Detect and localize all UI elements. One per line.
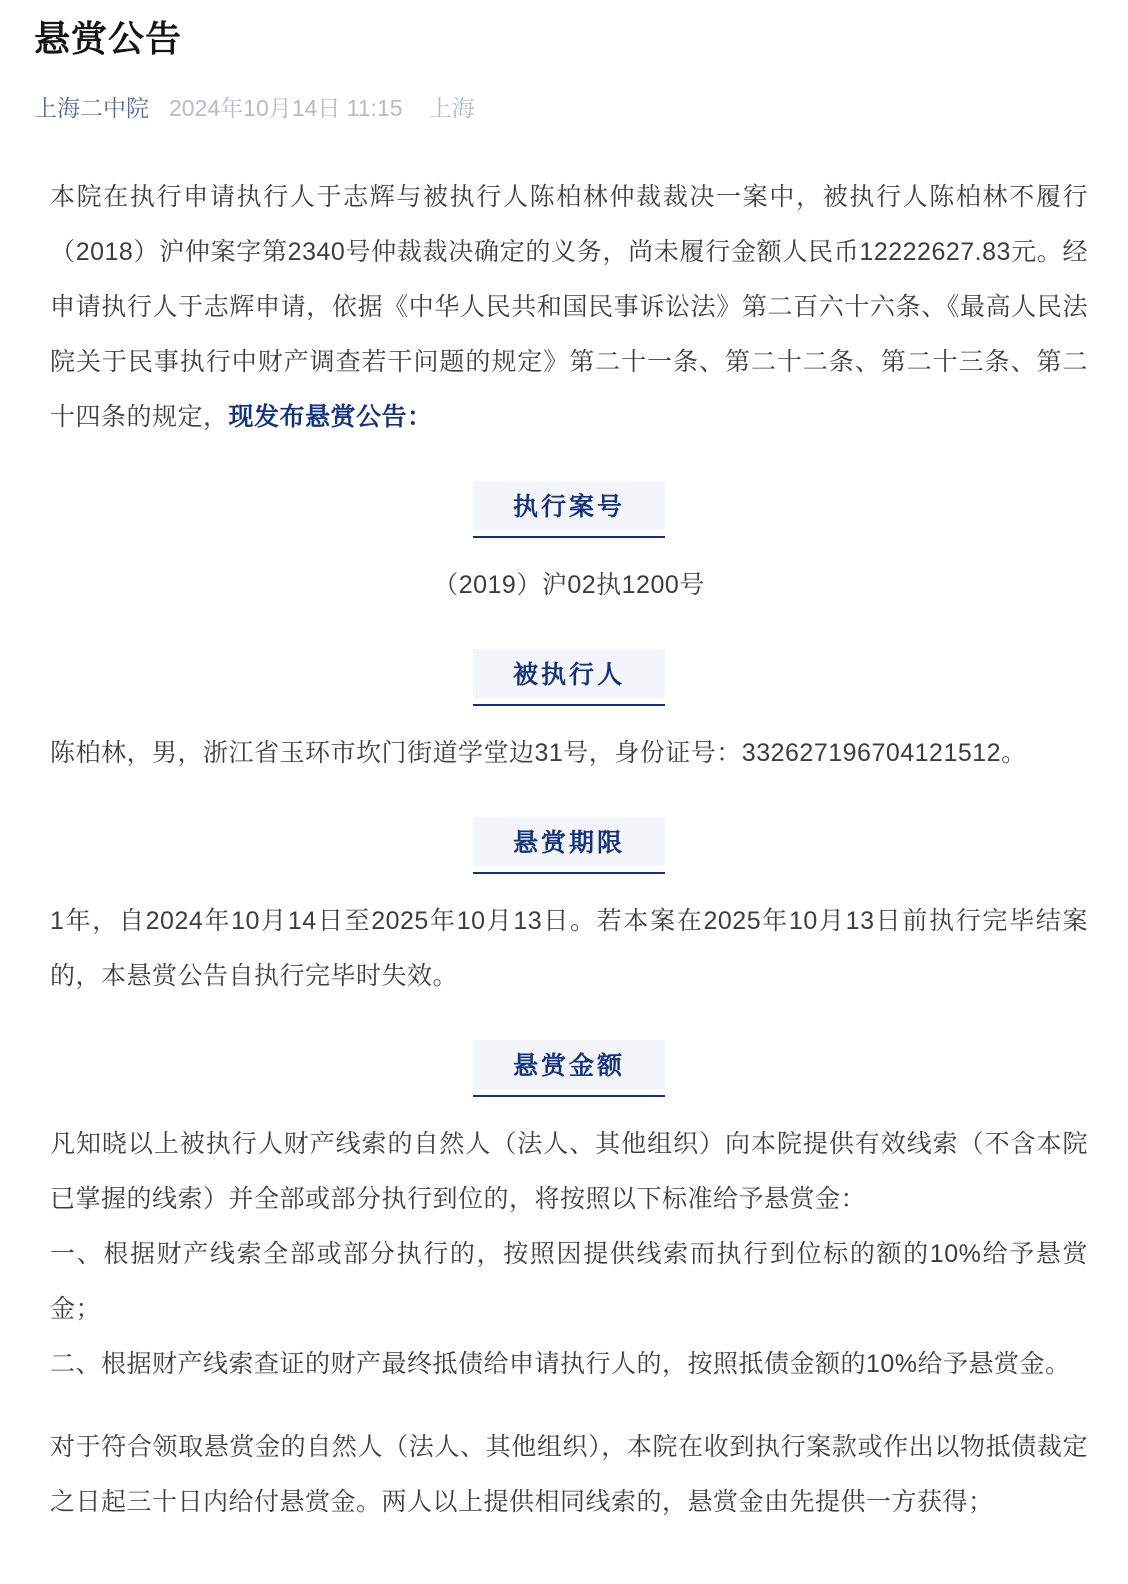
intro-paragraph: 本院在执行申请执行人于志辉与被执行人陈柏林仲裁裁决一案中，被执行人陈柏林不履行（… [50,170,1088,445]
section-body: 陈柏林，男，浙江省玉环市坎门街道学堂边31号，身份证号：332627196704… [50,726,1088,781]
section-heading-box: 悬赏金额 [473,1040,665,1089]
article-content: 本院在执行申请执行人于志辉与被执行人陈柏林仲裁裁决一案中，被执行人陈柏林不履行（… [0,170,1128,1530]
publish-datetime: 2024年10月14日 11:15 [169,95,403,121]
article-page: 悬赏公告 上海二中院2024年10月14日 11:15上海 本院在执行申请执行人… [0,0,1128,1584]
section-reward-period: 悬赏期限 1年，自2024年10月14日至2025年10月13日。若本案在202… [50,817,1088,1004]
section-heading: 悬赏期限 [473,817,665,874]
section-case-number: 执行案号 （2019）沪02执1200号 [50,481,1088,613]
byline: 上海二中院2024年10月14日 11:15上海 [34,93,1088,124]
reward-criteria-item-1: 一、根据财产线索全部或部分执行的，按照因提供线索而执行到位标的额的10%给予悬赏… [50,1227,1088,1337]
section-body: （2019）沪02执1200号 [50,558,1088,613]
section-heading-box: 悬赏期限 [473,817,665,866]
reward-payment-terms: 对于符合领取悬赏金的自然人（法人、其他组织），本院在收到执行案款或作出以物抵债裁… [50,1420,1088,1530]
intro-emphasis: 现发布悬赏公告： [229,403,433,431]
article-title: 悬赏公告 [34,16,1088,63]
section-body: 1年，自2024年10月14日至2025年10月13日。若本案在2025年10月… [50,894,1088,1004]
reward-criteria-intro: 凡知晓以上被执行人财产线索的自然人（法人、其他组织）向本院提供有效线索（不含本院… [50,1117,1088,1227]
debtor-info-text: 陈柏林，男，浙江省玉环市坎门街道学堂边31号，身份证号：332627196704… [50,726,1088,781]
article-header: 悬赏公告 上海二中院2024年10月14日 11:15上海 [0,0,1128,124]
section-body: 凡知晓以上被执行人财产线索的自然人（法人、其他组织）向本院提供有效线索（不含本院… [50,1117,1088,1530]
section-heading-underline [473,536,665,538]
source-account-link[interactable]: 上海二中院 [34,95,149,121]
publish-location: 上海 [429,95,475,121]
section-judgment-debtor: 被执行人 陈柏林，男，浙江省玉环市坎门街道学堂边31号，身份证号：3326271… [50,649,1088,781]
reward-criteria-item-2: 二、根据财产线索查证的财产最终抵债给申请执行人的，按照抵债金额的10%给予悬赏金… [50,1337,1088,1392]
section-heading-box: 执行案号 [473,481,665,530]
section-heading: 执行案号 [473,481,665,538]
intro-text: 本院在执行申请执行人于志辉与被执行人陈柏林仲裁裁决一案中，被执行人陈柏林不履行（… [50,183,1088,431]
section-heading-box: 被执行人 [473,649,665,698]
case-number-text: （2019）沪02执1200号 [50,558,1088,613]
section-heading-underline [473,704,665,706]
section-heading-underline [473,1095,665,1097]
section-heading-underline [473,872,665,874]
section-heading: 被执行人 [473,649,665,706]
reward-period-text: 1年，自2024年10月14日至2025年10月13日。若本案在2025年10月… [50,894,1088,1004]
section-reward-amount: 悬赏金额 凡知晓以上被执行人财产线索的自然人（法人、其他组织）向本院提供有效线索… [50,1040,1088,1530]
section-heading: 悬赏金额 [473,1040,665,1097]
